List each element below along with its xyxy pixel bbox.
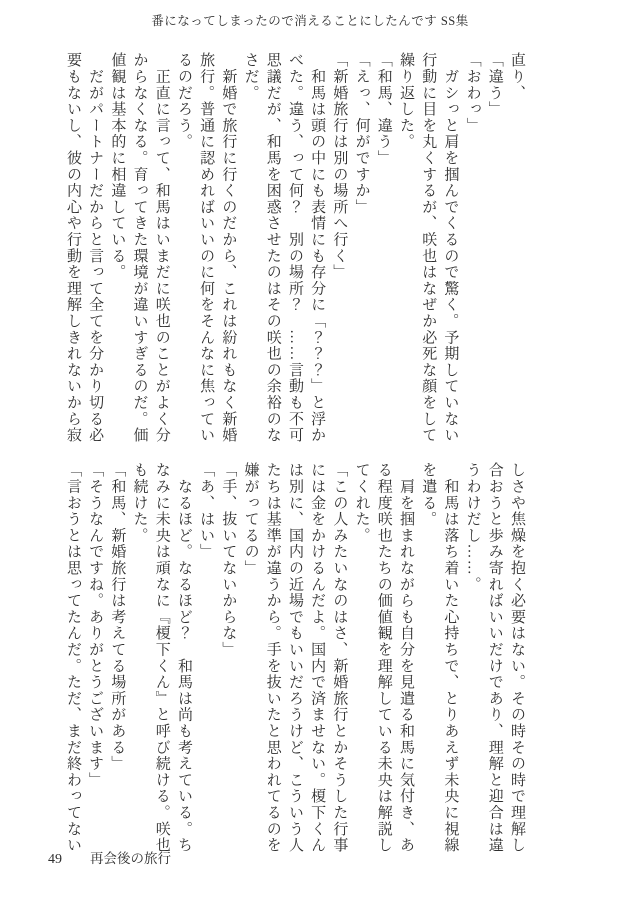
text-line: 合おうと歩み寄ればいいだけであり、理解と迎合は違 (484, 462, 506, 862)
text-line: る程度咲也たちの価値観を理解している未央は解説し (373, 462, 395, 862)
text-line: 直り、 (506, 52, 528, 448)
text-line: 「おわっ」 (461, 52, 483, 448)
text-line: 要もないし、彼の内心や行動を理解しきれないから寂 (62, 52, 84, 448)
page-footer: 49 再会後の旅行 (48, 847, 171, 868)
text-line: しさや焦燥を抱く必要はない。その時その時で理解し (506, 462, 528, 862)
text-line: 思議だが、和馬を困惑させたのはその咲也の余裕のな (262, 52, 284, 448)
text-line: 「和馬、違う」 (373, 52, 395, 448)
text-line: 「えっ、何がですか」 (350, 52, 372, 448)
text-line: ガシっと肩を掴んでくるので驚く。予期していない (439, 52, 461, 448)
text-line: るのだろう。 (173, 52, 195, 448)
text-line: たちは基準が違うから。手を抜いたと思われてるのを (262, 462, 284, 862)
text-line: 「そうなんですね。ありがとうございます」 (84, 462, 106, 862)
text-line: 和馬は落ち着いた心持ちで、とりあえず未央に視線 (439, 462, 461, 862)
text-line: には金をかけるんだよ。国内で済ませない。榎下くん (306, 462, 328, 862)
text-line: なみに未央は頑なに『榎下くん』と呼び続ける。咲也 (151, 462, 173, 862)
text-line: 「言おうとは思ってたんだ。ただ、まだ終わってない (62, 462, 84, 862)
text-line: 「あ、はい」 (195, 462, 217, 862)
text-line: 肩を掴まれながらも自分を見遣る和馬に気付き、あ (395, 462, 417, 862)
text-line: を遣る。 (417, 462, 439, 862)
text-line: うわけだし……。 (461, 462, 483, 862)
text-line: 行動に目を丸くするが、咲也はなぜか必死な顔をして (417, 52, 439, 448)
text-block-bottom: しさや焦燥を抱く必要はない。その時その時で理解し合おうと歩み寄ればいいだけであり… (62, 462, 528, 862)
text-line: てくれた。 (350, 462, 372, 862)
text-line: 「新婚旅行は別の場所へ行く」 (328, 52, 350, 448)
text-line: 新婚で旅行に行くのだから、これは紛れもなく新婚 (217, 52, 239, 448)
section-title: 再会後の旅行 (90, 847, 171, 867)
text-line: も続けた。 (128, 462, 150, 862)
text-line: 「違う」 (484, 52, 506, 448)
text-line: さだ。 (239, 52, 261, 448)
text-line: 旅行。普通に認めればいいのに何をそんなに焦ってい (195, 52, 217, 448)
text-line: は別に、国内の近場でもいいだろうけど、こういう人 (284, 462, 306, 862)
text-line: 「手、抜いてないからな」 (217, 462, 239, 862)
text-line: 和馬は頭の中にも表情にも存分に「？？？」と浮か (306, 52, 328, 448)
text-line: 値観は基本的に相違している。 (106, 52, 128, 448)
text-line: 嫌がってるの」 (239, 462, 261, 862)
page-number: 49 (48, 852, 62, 868)
text-line: べた。違う、って何？ 別の場所？ ……言動も不可 (284, 52, 306, 448)
text-block-top: 直り、「違う」「おわっ」 ガシっと肩を掴んでくるので驚く。予期していない行動に目… (62, 52, 528, 448)
text-line: 繰り返した。 (395, 52, 417, 448)
text-line: だがパートナーだからと言って全てを分かり切る必 (84, 52, 106, 448)
running-header-title: 番になってしまったので消えることにしたんです SS集 (0, 11, 620, 29)
text-line: なるほど。なるほど？ 和馬は尚も考えている。ち (173, 462, 195, 862)
document-page: 番になってしまったので消えることにしたんです SS集 直り、「違う」「おわっ」 … (0, 0, 620, 900)
text-line: からなくなる。育ってきた環境が違いすぎるのだ。価 (128, 52, 150, 448)
text-line: 正直に言って、和馬はいまだに咲也のことがよく分 (151, 52, 173, 448)
text-line: 「和馬、新婚旅行は考えてる場所がある」 (106, 462, 128, 862)
text-line: 「この人みたいなのはさ、新婚旅行とかそうした行事 (328, 462, 350, 862)
